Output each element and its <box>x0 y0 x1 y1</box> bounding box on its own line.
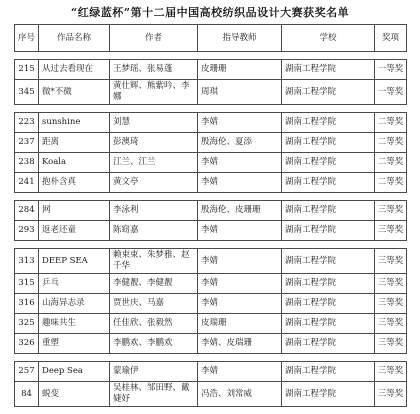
header-cell-work: 作品名称 <box>39 25 110 52</box>
cell-no: 316 <box>15 294 39 314</box>
cell-advisor: 皮瑞珊 <box>198 314 282 334</box>
cell-no: 237 <box>15 133 39 153</box>
cell-work: 重塑 <box>39 334 110 354</box>
cell-work: 返老还童 <box>39 221 110 241</box>
cell-advisor: 殷海伦、皮珊珊 <box>198 201 282 221</box>
cell-authors: 赖束束、朱梦雅、赵千华 <box>110 249 198 274</box>
cell-award: 三等奖 <box>375 274 407 294</box>
cell-school: 湖南工程学院 <box>282 133 375 153</box>
cell-school: 湖南工程学院 <box>282 294 375 314</box>
cell-no: 215 <box>15 60 39 80</box>
cell-award: 二等奖 <box>375 153 407 173</box>
cell-authors: 刘慧 <box>110 113 198 133</box>
cell-work: 微*不微 <box>39 80 110 105</box>
table-row: 284网李泳利殷海伦、皮珊珊湖南工程学院三等奖 <box>15 201 407 221</box>
table-row: 326重塑李鹏欢、李鹏欢李婧、皮瑞珊湖南工程学院三等奖 <box>15 334 407 354</box>
header-cell-no: 序号 <box>15 25 39 52</box>
cell-authors: 李鹏欢、李鹏欢 <box>110 334 198 354</box>
cell-no: 345 <box>15 80 39 105</box>
cell-award: 二等奖 <box>375 113 407 133</box>
cell-work: sunshine <box>39 113 110 133</box>
cell-advisor: 李婧 <box>198 362 282 382</box>
cell-authors: 黄仕辉、熊紫吟、李娜 <box>110 80 198 105</box>
header-cell-advisor: 指导教师 <box>198 25 282 52</box>
cell-authors: 彭澳琦 <box>110 133 198 153</box>
cell-work: 乒乓 <box>39 274 110 294</box>
cell-school: 湖南工程学院 <box>282 60 375 80</box>
table-row: 345微*不微黄仕辉、熊紫吟、李娜周琪湖南工程学院一等奖 <box>15 80 407 105</box>
table-row: 315乒乓李健靓、李健靓李婧湖南工程学院三等奖 <box>15 274 407 294</box>
cell-no: 238 <box>15 153 39 173</box>
table-row: 241抱朴含真黄文亭李婧湖南工程学院二等奖 <box>15 173 407 193</box>
table-row: 84蜕变吴桂林、邹田野、戴婕妤冯浩、刘常威湖南工程学院三等奖 <box>15 382 407 407</box>
cell-award: 三等奖 <box>375 334 407 354</box>
cell-advisor: 殷海伦、夏添 <box>198 133 282 153</box>
document-title: “红绿蓝杯”第十二届中国高校纺织品设计大赛获奖名单 <box>14 5 406 20</box>
cell-authors: 蒙瑜伊 <box>110 362 198 382</box>
cell-advisor: 李婧 <box>198 221 282 241</box>
cell-advisor: 周琪 <box>198 80 282 105</box>
cell-no: 223 <box>15 113 39 133</box>
cell-advisor: 李婧 <box>198 173 282 193</box>
header-cell-award: 奖项 <box>375 25 407 52</box>
table-row: 237距离彭澳琦殷海伦、夏添湖南工程学院二等奖 <box>15 133 407 153</box>
cell-work: 抱朴含真 <box>39 173 110 193</box>
cell-school: 湖南工程学院 <box>282 382 375 407</box>
cell-work: Deep Sea <box>39 362 110 382</box>
cell-authors: 吴桂林、邹田野、戴婕妤 <box>110 382 198 407</box>
cell-authors: 李健靓、李健靓 <box>110 274 198 294</box>
cell-work: 距离 <box>39 133 110 153</box>
cell-work: 山海异志录 <box>39 294 110 314</box>
cell-award: 三等奖 <box>375 201 407 221</box>
table-row: 313DEEP SEA赖束束、朱梦雅、赵千华李婧湖南工程学院三等奖 <box>15 249 407 274</box>
table-row: 223sunshine刘慧李婧湖南工程学院二等奖 <box>15 113 407 133</box>
cell-no: 257 <box>15 362 39 382</box>
cell-authors: 黄文亭 <box>110 173 198 193</box>
cell-authors: 江兰、江兰 <box>110 153 198 173</box>
cell-work: 趣味共生 <box>39 314 110 334</box>
table-row: 257Deep Sea蒙瑜伊李婧湖南工程学院三等奖 <box>15 362 407 382</box>
cell-award: 三等奖 <box>375 362 407 382</box>
header-cell-school: 学校 <box>282 25 375 52</box>
cell-advisor: 李婧 <box>198 249 282 274</box>
cell-award: 二等奖 <box>375 133 407 153</box>
cell-award: 三等奖 <box>375 314 407 334</box>
cell-no: 315 <box>15 274 39 294</box>
cell-school: 湖南工程学院 <box>282 153 375 173</box>
cell-advisor: 李婧 <box>198 113 282 133</box>
cell-award: 一等奖 <box>375 60 407 80</box>
cell-work: 网 <box>39 201 110 221</box>
results-table-block-4: 313DEEP SEA赖束束、朱梦雅、赵千华李婧湖南工程学院三等奖315乒乓李健… <box>14 248 407 354</box>
results-table-block-5: 257Deep Sea蒙瑜伊李婧湖南工程学院三等奖84蜕变吴桂林、邹田野、戴婕妤… <box>14 361 407 407</box>
table-row: 325趣味共生任佳欣、张毅然皮瑞珊湖南工程学院三等奖 <box>15 314 407 334</box>
cell-school: 湖南工程学院 <box>282 80 375 105</box>
cell-award: 三等奖 <box>375 221 407 241</box>
results-table-block-1: 215从过去看现在王梦瑶、张易蓬皮珊珊湖南工程学院一等奖345微*不微黄仕辉、熊… <box>14 59 407 105</box>
cell-no: 325 <box>15 314 39 334</box>
cell-advisor: 李婧 <box>198 274 282 294</box>
cell-authors: 王梦瑶、张易蓬 <box>110 60 198 80</box>
cell-school: 湖南工程学院 <box>282 249 375 274</box>
cell-no: 84 <box>15 382 39 407</box>
cell-school: 湖南工程学院 <box>282 334 375 354</box>
cell-school: 湖南工程学院 <box>282 113 375 133</box>
cell-work: 蜕变 <box>39 382 110 407</box>
results-table-header: 序号 作品名称 作者 指导教师 学校 奖项 <box>14 24 407 52</box>
cell-school: 湖南工程学院 <box>282 314 375 334</box>
cell-school: 湖南工程学院 <box>282 362 375 382</box>
cell-advisor: 李婧 <box>198 294 282 314</box>
cell-no: 293 <box>15 221 39 241</box>
cell-award: 三等奖 <box>375 249 407 274</box>
cell-advisor: 李婧、皮瑞珊 <box>198 334 282 354</box>
cell-authors: 陈窈嘉 <box>110 221 198 241</box>
table-row: 293返老还童陈窈嘉李婧湖南工程学院三等奖 <box>15 221 407 241</box>
cell-work: Koala <box>39 153 110 173</box>
results-table-blocks: 215从过去看现在王梦瑶、张易蓬皮珊珊湖南工程学院一等奖345微*不微黄仕辉、熊… <box>14 59 406 407</box>
cell-work: DEEP SEA <box>39 249 110 274</box>
cell-work: 从过去看现在 <box>39 60 110 80</box>
cell-authors: 贾世庆、马嘉 <box>110 294 198 314</box>
cell-school: 湖南工程学院 <box>282 173 375 193</box>
cell-school: 湖南工程学院 <box>282 274 375 294</box>
cell-school: 湖南工程学院 <box>282 201 375 221</box>
table-row: 215从过去看现在王梦瑶、张易蓬皮珊珊湖南工程学院一等奖 <box>15 60 407 80</box>
results-table-block-2: 223sunshine刘慧李婧湖南工程学院二等奖237距离彭澳琦殷海伦、夏添湖南… <box>14 112 407 193</box>
cell-award: 三等奖 <box>375 294 407 314</box>
cell-authors: 任佳欣、张毅然 <box>110 314 198 334</box>
cell-advisor: 冯浩、刘常威 <box>198 382 282 407</box>
results-table-block-3: 284网李泳利殷海伦、皮珊珊湖南工程学院三等奖293返老还童陈窈嘉李婧湖南工程学… <box>14 200 407 241</box>
header-cell-authors: 作者 <box>110 25 198 52</box>
document-page: “红绿蓝杯”第十二届中国高校纺织品设计大赛获奖名单 序号 作品名称 作者 指导教… <box>0 0 420 407</box>
cell-award: 二等奖 <box>375 173 407 193</box>
cell-authors: 李泳利 <box>110 201 198 221</box>
cell-no: 241 <box>15 173 39 193</box>
header-row: 序号 作品名称 作者 指导教师 学校 奖项 <box>15 25 407 52</box>
cell-advisor: 皮珊珊 <box>198 60 282 80</box>
cell-school: 湖南工程学院 <box>282 221 375 241</box>
cell-award: 一等奖 <box>375 80 407 105</box>
cell-no: 313 <box>15 249 39 274</box>
cell-no: 284 <box>15 201 39 221</box>
table-row: 238Koala江兰、江兰李婧湖南工程学院二等奖 <box>15 153 407 173</box>
cell-no: 326 <box>15 334 39 354</box>
cell-advisor: 李婧 <box>198 153 282 173</box>
cell-award: 三等奖 <box>375 382 407 407</box>
table-row: 316山海异志录贾世庆、马嘉李婧湖南工程学院三等奖 <box>15 294 407 314</box>
